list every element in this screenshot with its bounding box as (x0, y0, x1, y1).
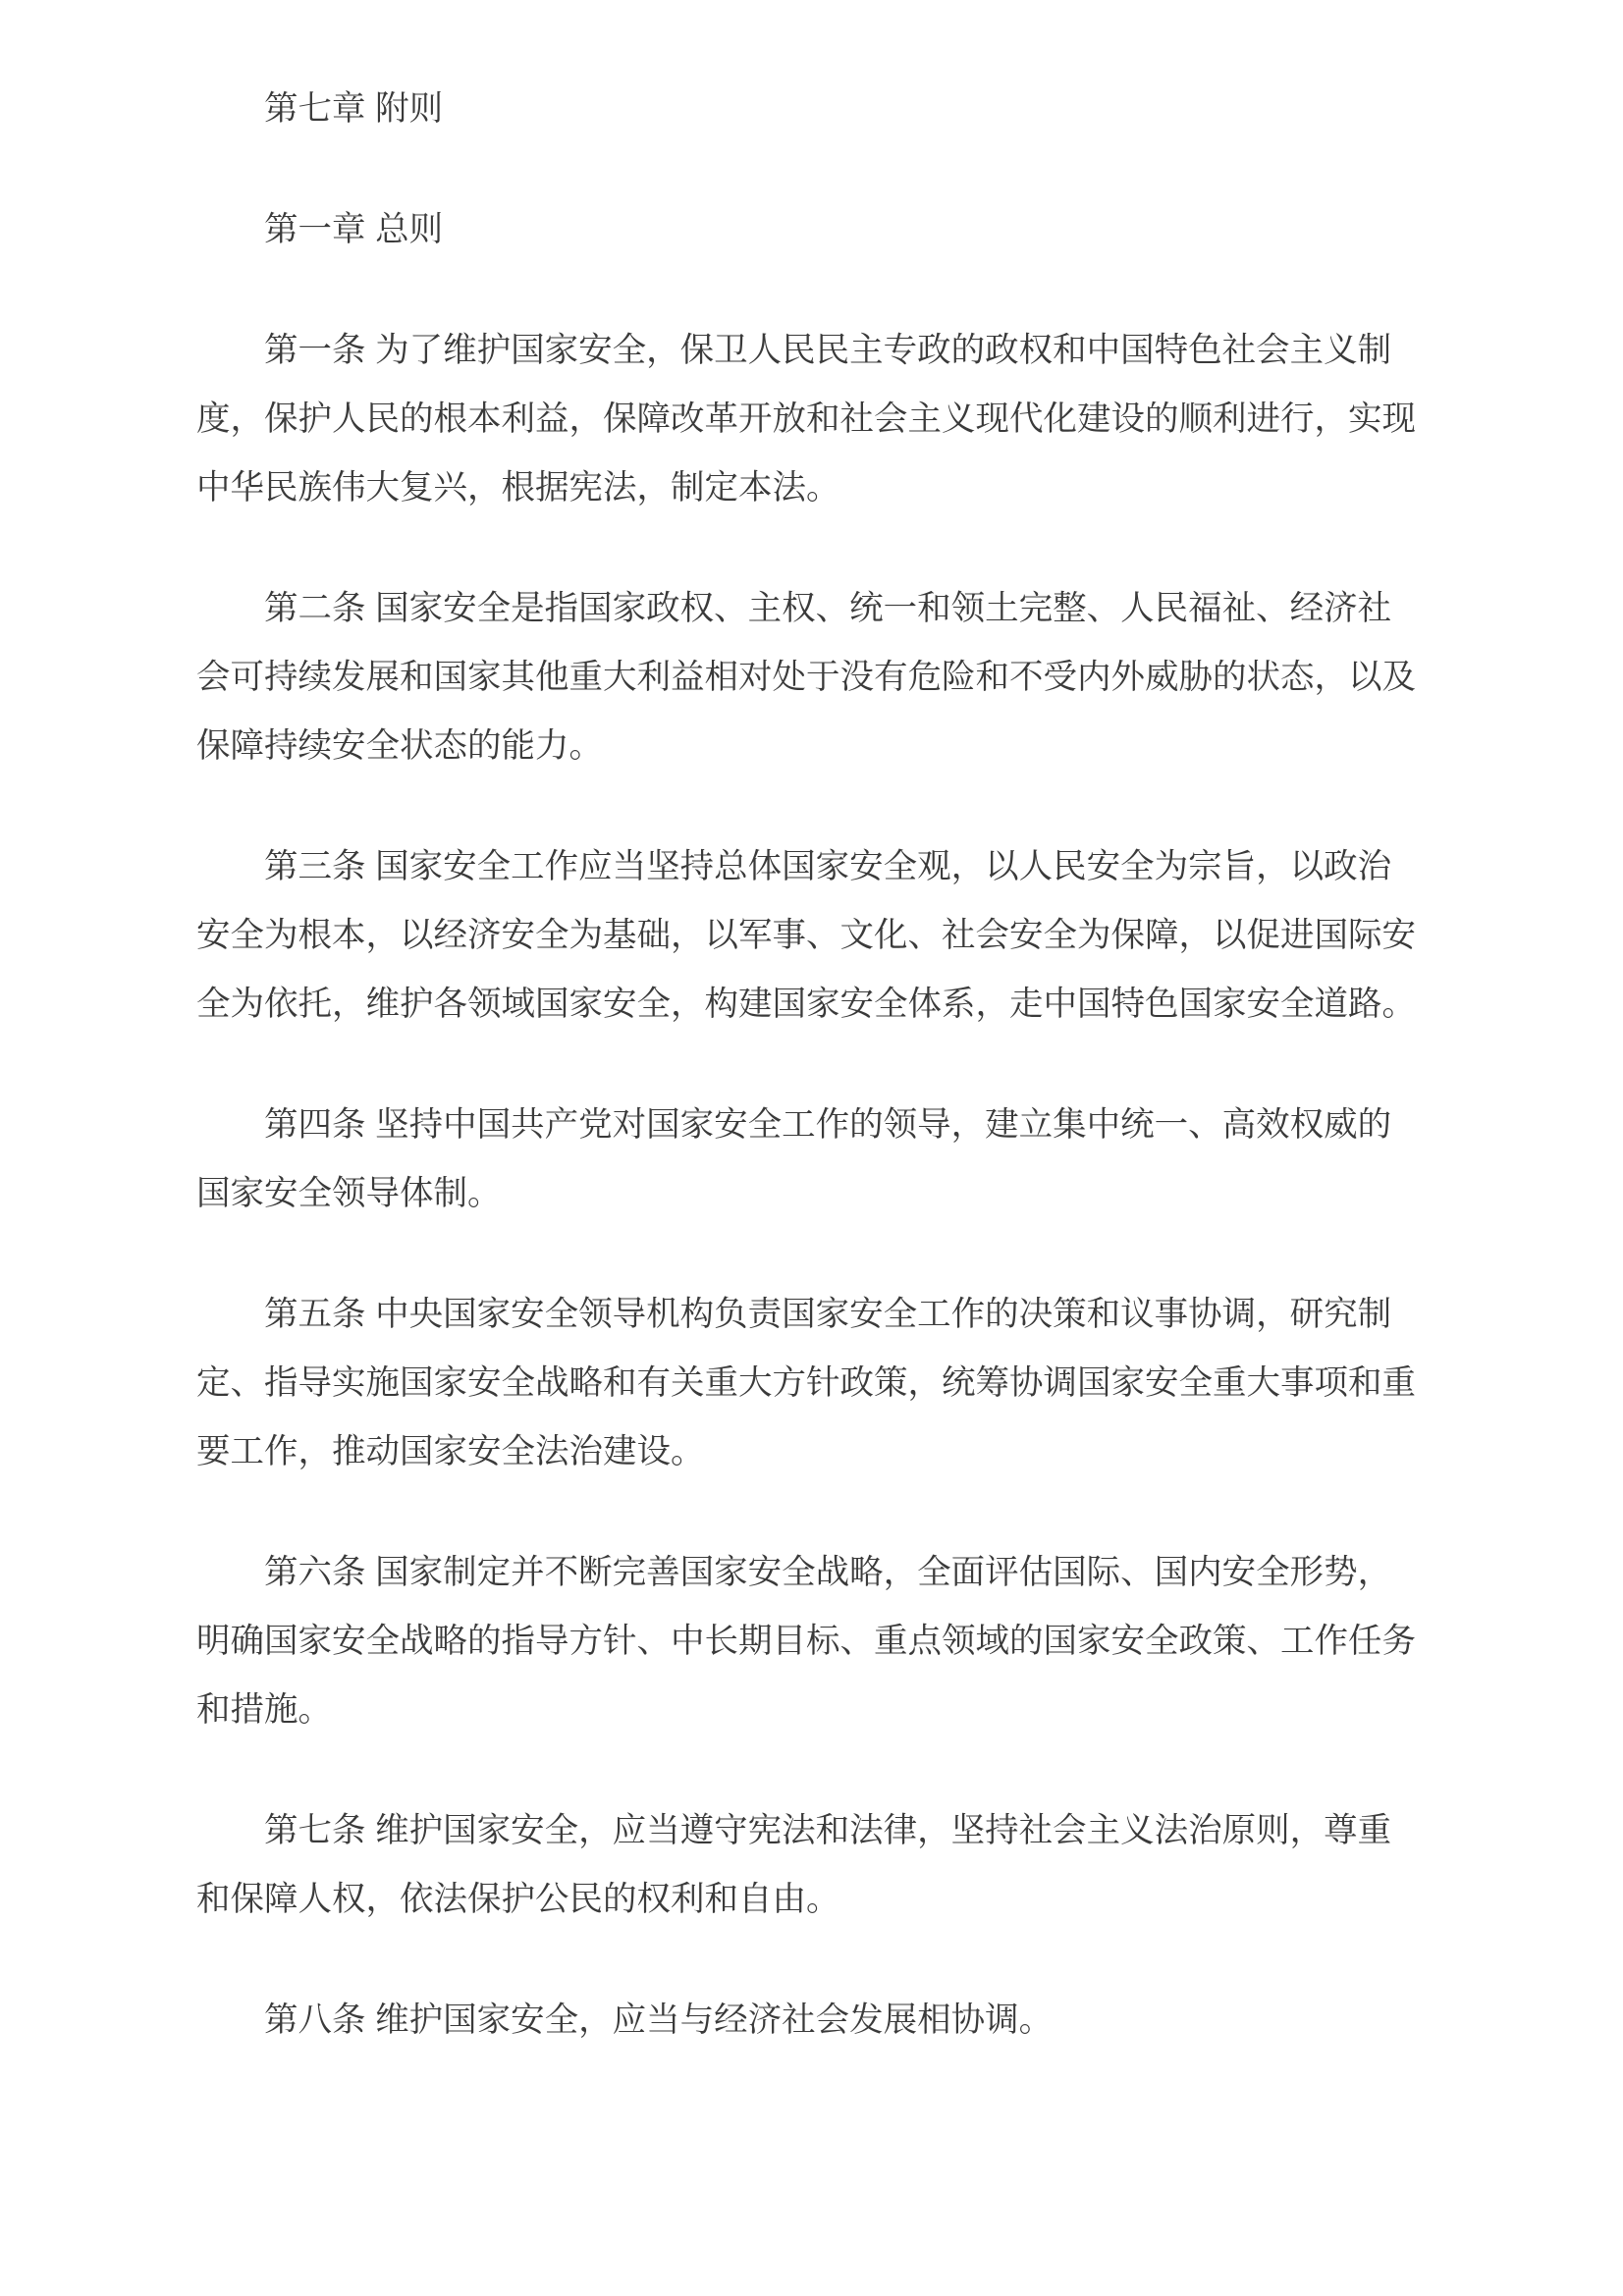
article-3: 第三条 国家安全工作应当坚持总体国家安全观，以人民安全为宗旨，以政治安全为根本，… (196, 832, 1421, 1039)
article-2: 第二条 国家安全是指国家政权、主权、统一和领土完整、人民福祉、经济社会可持续发展… (196, 574, 1421, 780)
article-5: 第五条 中央国家安全领导机构负责国家安全工作的决策和议事协调，研究制定、指导实施… (196, 1280, 1421, 1486)
chapter-heading-1: 第一章 总则 (196, 195, 1421, 264)
document-body: 第七章 附则 第一章 总则 第一条 为了维护国家安全，保卫人民民主专政的政权和中… (196, 75, 1421, 2055)
article-1: 第一条 为了维护国家安全，保卫人民民主专政的政权和中国特色社会主义制度，保护人民… (196, 316, 1421, 522)
chapter-heading-7: 第七章 附则 (196, 75, 1421, 143)
article-8: 第八条 维护国家安全，应当与经济社会发展相协调。 (196, 1986, 1421, 2055)
article-4: 第四条 坚持中国共产党对国家安全工作的领导，建立集中统一、高效权威的国家安全领导… (196, 1091, 1421, 1228)
article-6: 第六条 国家制定并不断完善国家安全战略，全面评估国际、国内安全形势，明确国家安全… (196, 1538, 1421, 1744)
document-page: 第七章 附则 第一章 总则 第一条 为了维护国家安全，保卫人民民主专政的政权和中… (0, 0, 1623, 2296)
article-7: 第七条 维护国家安全，应当遵守宪法和法律，坚持社会主义法治原则，尊重和保障人权，… (196, 1796, 1421, 1934)
